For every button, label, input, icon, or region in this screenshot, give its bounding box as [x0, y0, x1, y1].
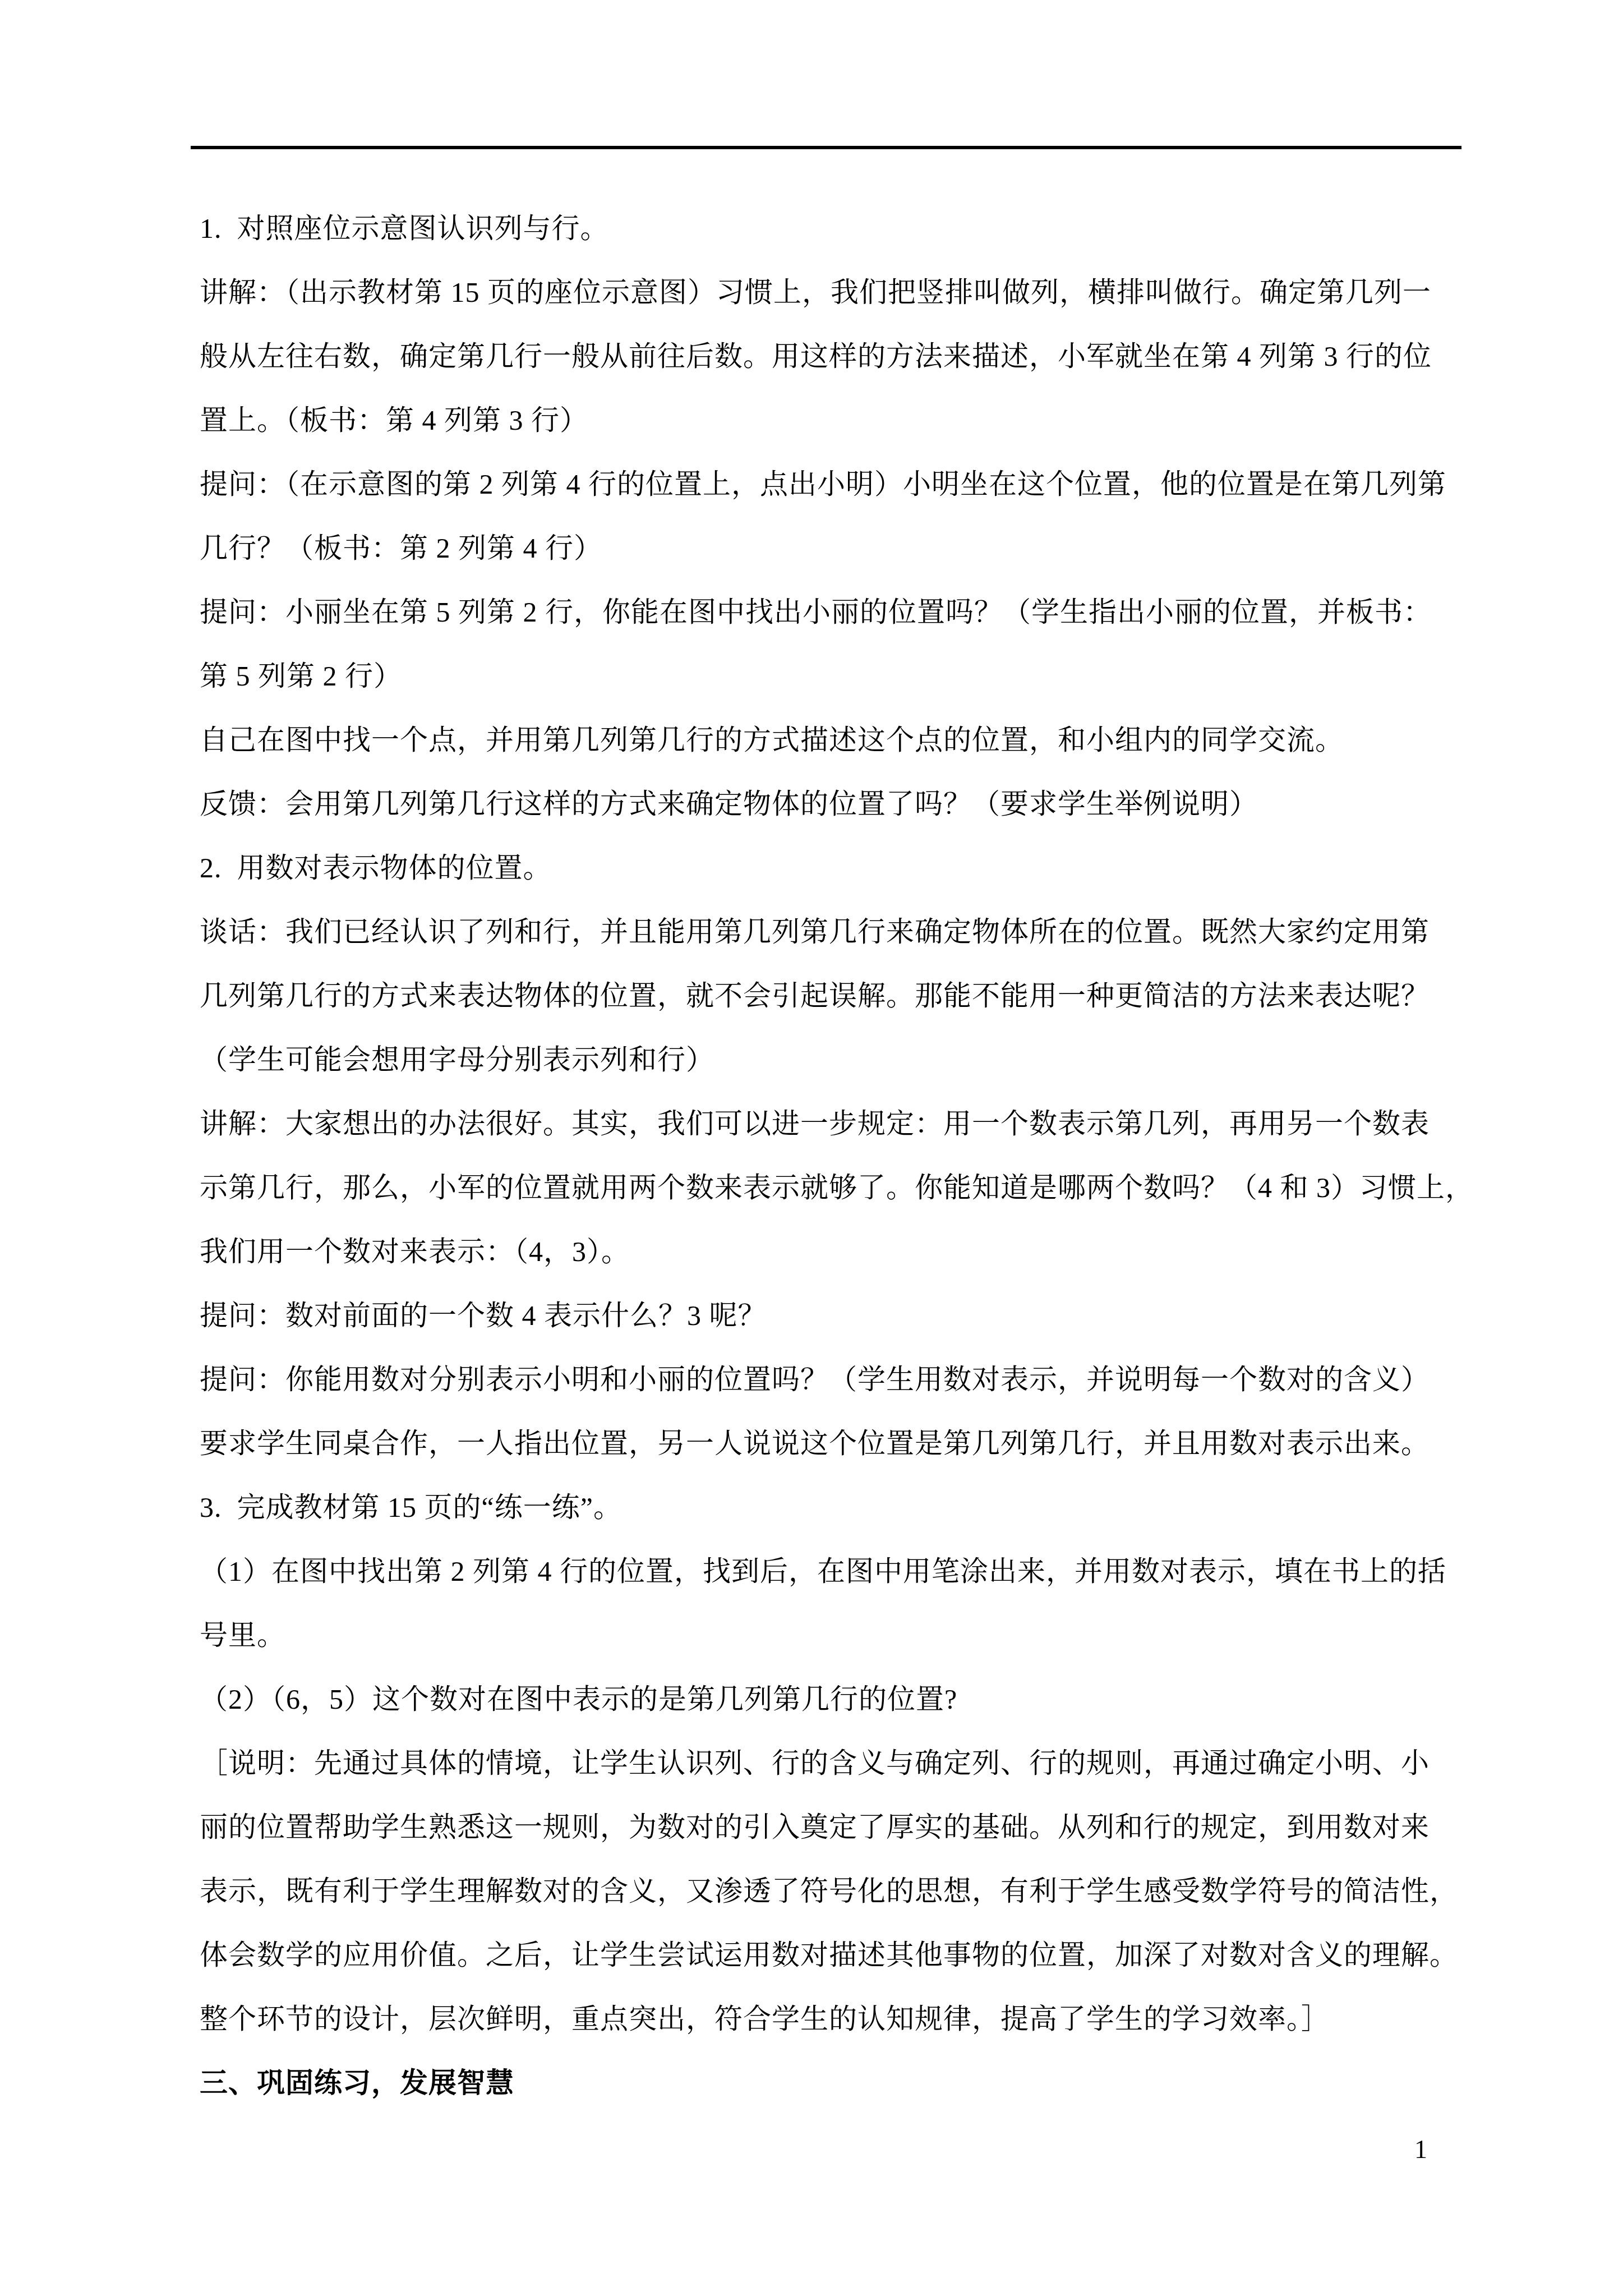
text-line: 我们用一个数对来表示：（4，3）。 [200, 1220, 1463, 1283]
text-line: 般从左往右数，确定第几行一般从前往后数。用这样的方法来描述，小军就坐在第 4 列… [200, 324, 1463, 388]
document-body: 1. 对照座位示意图认识列与行。讲解：（出示教材第 15 页的座位示意图）习惯上… [200, 196, 1463, 2115]
text-line: 整个环节的设计，层次鲜明，重点突出，符合学生的认知规律，提高了学生的学习效率。］ [200, 1987, 1463, 2051]
section-heading: 三、巩固练习，发展智慧 [200, 2051, 1463, 2115]
document-page: 1. 对照座位示意图认识列与行。讲解：（出示教材第 15 页的座位示意图）习惯上… [0, 0, 1623, 2296]
text-line: 号里。 [200, 1603, 1463, 1667]
text-line: 3. 完成教材第 15 页的“练一练”。 [200, 1475, 1463, 1539]
text-line: 提问：数对前面的一个数 4 表示什么？3 呢？ [200, 1283, 1463, 1347]
text-line: 谈话：我们已经认识了列和行，并且能用第几列第几行来确定物体所在的位置。既然大家约… [200, 900, 1463, 964]
text-line: 1. 对照座位示意图认识列与行。 [200, 196, 1463, 260]
text-line: 要求学生同桌合作，一人指出位置，另一人说说这个位置是第几列第几行，并且用数对表示… [200, 1411, 1463, 1475]
text-line: 讲解：（出示教材第 15 页的座位示意图）习惯上，我们把竖排叫做列，横排叫做行。… [200, 260, 1463, 324]
text-line: 示第几行，那么，小军的位置就用两个数来表示就够了。你能知道是哪两个数吗？（4 和… [200, 1156, 1463, 1220]
text-line: 2. 用数对表示物体的位置。 [200, 836, 1463, 900]
text-line: 讲解：大家想出的办法很好。其实，我们可以进一步规定：用一个数表示第几列，再用另一… [200, 1092, 1463, 1156]
text-line: ［说明：先通过具体的情境，让学生认识列、行的含义与确定列、行的规则，再通过确定小… [200, 1731, 1463, 1795]
text-line: 丽的位置帮助学生熟悉这一规则，为数对的引入奠定了厚实的基础。从列和行的规定，到用… [200, 1795, 1463, 1859]
text-line: （学生可能会想用字母分别表示列和行） [200, 1028, 1463, 1092]
text-line: 几行？（板书：第 2 列第 4 行） [200, 516, 1463, 580]
text-line: 几列第几行的方式来表达物体的位置，就不会引起误解。那能不能用一种更简洁的方法来表… [200, 964, 1463, 1028]
text-line: 体会数学的应用价值。之后，让学生尝试运用数对描述其他事物的位置，加深了对数对含义… [200, 1923, 1463, 1987]
text-line: 提问：（在示意图的第 2 列第 4 行的位置上，点出小明）小明坐在这个位置，他的… [200, 452, 1463, 516]
text-line: 自己在图中找一个点，并用第几列第几行的方式描述这个点的位置，和小组内的同学交流。 [200, 708, 1463, 772]
text-line: 第 5 列第 2 行） [200, 644, 1463, 708]
text-line: 表示，既有利于学生理解数对的含义，又渗透了符号化的思想，有利于学生感受数学符号的… [200, 1859, 1463, 1923]
text-line: 置上。（板书：第 4 列第 3 行） [200, 388, 1463, 452]
text-line: 提问：小丽坐在第 5 列第 2 行，你能在图中找出小丽的位置吗？（学生指出小丽的… [200, 580, 1463, 644]
header-rule [191, 146, 1461, 149]
text-line: 提问：你能用数对分别表示小明和小丽的位置吗？（学生用数对表示，并说明每一个数对的… [200, 1347, 1463, 1411]
text-line: （1）在图中找出第 2 列第 4 行的位置，找到后，在图中用笔涂出来，并用数对表… [200, 1539, 1463, 1603]
page-number: 1 [1414, 2133, 1427, 2166]
text-line: （2）（6，5）这个数对在图中表示的是第几列第几行的位置? [200, 1667, 1463, 1731]
text-line: 反馈：会用第几列第几行这样的方式来确定物体的位置了吗？（要求学生举例说明） [200, 772, 1463, 836]
